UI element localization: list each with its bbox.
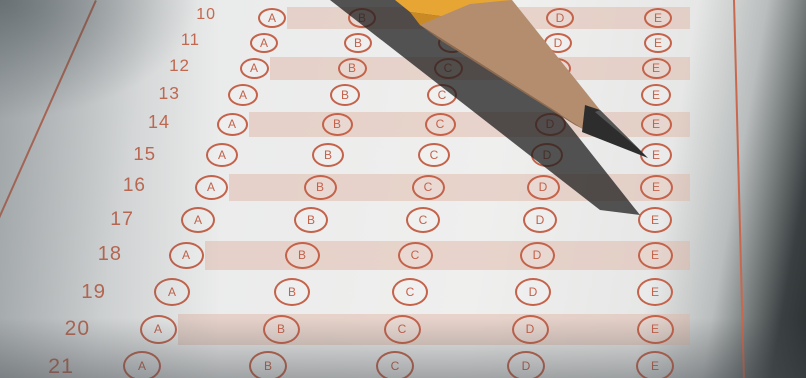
shadow: [0, 318, 806, 378]
answer-sheet-photo: 10ABCDE11ABCDE12ABCDE13ABCDE14ABCDE15ABC…: [0, 0, 806, 378]
pencil-tip: [582, 105, 648, 158]
